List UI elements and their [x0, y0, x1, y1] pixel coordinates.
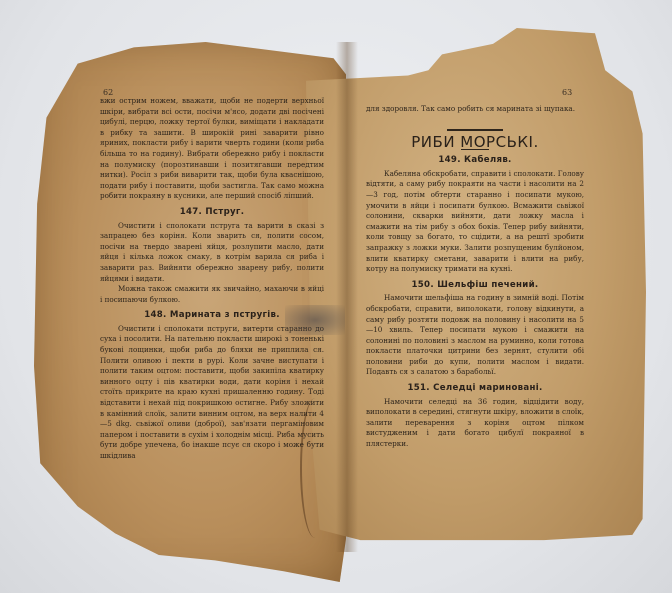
- recipe-paragraph: Намочити селедці на 36 годин, відцідити …: [366, 397, 584, 450]
- page-number-right: 63: [562, 88, 572, 97]
- continuation-text: вжи острим ножем, вважати, щоби не подер…: [100, 96, 324, 202]
- recipe-paragraph: Можна також смажити як звичайно, махаючи…: [100, 284, 324, 305]
- thumb-smudge: [285, 305, 345, 335]
- recipe-title: 150. Шельфіш печений.: [366, 280, 584, 291]
- recipe-paragraph: Очистити і сполокати пструга та варити в…: [100, 221, 324, 285]
- continuation-text: для здоровля. Так само робить ся маринат…: [366, 104, 584, 115]
- book-spine: [336, 42, 358, 552]
- recipe-title: 147. Пструг.: [100, 207, 324, 218]
- section-title: РИБИ МОРСЬКІ.: [366, 137, 584, 148]
- recipe-title: 151. Селедці мариновані.: [366, 383, 584, 394]
- recipe-paragraph: Кабеляна обскробати, справити і сполокат…: [366, 169, 584, 275]
- right-page-text: для здоровля. Так само робить ся маринат…: [366, 104, 584, 450]
- recipe-paragraph: Намочити шельфіша на годину в зимній вод…: [366, 293, 584, 378]
- section-divider: [447, 129, 503, 131]
- left-page-text: вжи острим ножем, вважати, щоби не подер…: [100, 96, 324, 462]
- recipe-paragraph: Очистити і сполокати пструги, витерти ст…: [100, 324, 324, 462]
- recipe-title: 149. Кабеляв.: [366, 155, 584, 166]
